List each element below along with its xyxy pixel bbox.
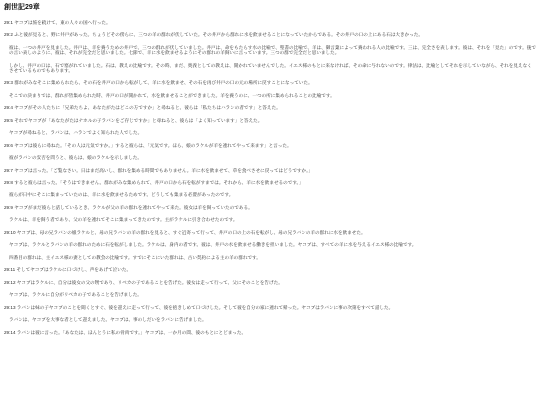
commentary-paragraph: 四番目の群れは、主イエス様の妻としての教会の比喩です。すでにそこにいた群れは、古… — [4, 255, 536, 260]
commentary-paragraph: 彼らが日中にそこに集まっていたのは、羊に水を飲ませるためです。どうしても集まる必… — [4, 192, 536, 197]
commentary-paragraph: ラバンは、ヤコブを大事な者として迎えました。ヤコブは、事のしだいをラバンに告げま… — [4, 317, 536, 322]
document-page: 創世記29章 29:1 ヤコブは旅を続けて、東の人々の国へ行った。29:2 ふと… — [0, 0, 540, 405]
commentary-paragraph: そこでの決まりでは、群れが皆集められた時、井戸の口が開かれて、水を飲ませることが… — [4, 93, 536, 98]
verse-paragraph: 29:10 ヤコブは、母の兄ラバンの娘ラケルと、母の兄ラバンの羊の群れを見ると、… — [4, 230, 536, 235]
commentary-paragraph: ヤコブは、ラケルに自分がリベカの子であることを告げました。 — [4, 292, 536, 297]
page-title: 創世記29章 — [4, 4, 536, 12]
commentary-paragraph: ヤコブは、ラケルとラバンの羊の群れのために石を転がしました。ラケルは、身内の者で… — [4, 242, 536, 247]
verse-paragraph: 29:9 ヤコブがまだ彼らと話しているとき、ラケルが父の羊の群れを連れてやって来… — [4, 205, 536, 210]
commentary-paragraph: 彼がラバンの安否を問うと、彼らは、娘のラケルを示しました。 — [4, 155, 536, 160]
verse-paragraph: 29:7 ヤコブは言った。「ご覧なさい。日はまだ高いし、群れを集める時間でもあり… — [4, 168, 536, 173]
commentary-paragraph: 彼は、一つの井戸を見ました。井戸は、羊を養うための井戸で、三つの群れが伏していま… — [4, 45, 536, 55]
verse-paragraph: 29:4 ヤコブがその人たちに「兄弟たちよ、あなたがたはどこの方ですか」と尋ねる… — [4, 105, 536, 110]
verse-paragraph: 29:13 ラバンは妹の子ヤコブのことを聞くとすぐ、彼を迎えに走って行って、彼を… — [4, 305, 536, 310]
verse-paragraph: 29:14 ラバンは彼に言った。「あなたは、ほんとうに私の骨肉です。」ヤコブは、… — [4, 330, 536, 335]
document-body: 29:1 ヤコブは旅を続けて、東の人々の国へ行った。29:2 ふと彼が見ると、野… — [4, 20, 536, 335]
commentary-paragraph: ラケルは、羊を飼う者であり、父の羊を連れてそこに集まってきたのです。主がラケルに… — [4, 217, 536, 222]
commentary-paragraph: ヤコブが尋ねると、ラバンは、ハランでよく知られた人でした。 — [4, 130, 536, 135]
verse-paragraph: 29:5 それでヤコブが「あなたがたはナホルの子ラバンをご存じですか」と尋ねると… — [4, 118, 536, 123]
verse-paragraph: 29:1 ヤコブは旅を続けて、東の人々の国へ行った。 — [4, 20, 536, 25]
verse-paragraph: 29:2 ふと彼が見ると、野に井戸があった。ちょうどその傍らに、三つの羊の群れが… — [4, 32, 536, 37]
verse-paragraph: 29:6 ヤコブは彼らに尋ねた。「その人は元気ですか。」すると彼らは、「元気です… — [4, 143, 536, 148]
commentary-paragraph: しかし、井戸の口は、石で塞がれていました。石は、教えの比喩です。その時、まだ、奥… — [4, 63, 536, 73]
verse-paragraph: 29:3 群れがみなそこに集められたら、その石を井戸の口から転がして、羊に水を飲… — [4, 80, 536, 85]
verse-paragraph: 29:8 すると彼らは言った。「そうはできません。群れがみな集められて、井戸の口… — [4, 180, 536, 185]
verse-paragraph: 29:11 そしてヤコブはラケルに口づけし、声をあげて泣いた。 — [4, 267, 536, 272]
verse-paragraph: 29:12 ヤコブはラケルに、自分は彼女の父の甥であり、リベカの子であることを告… — [4, 280, 536, 285]
